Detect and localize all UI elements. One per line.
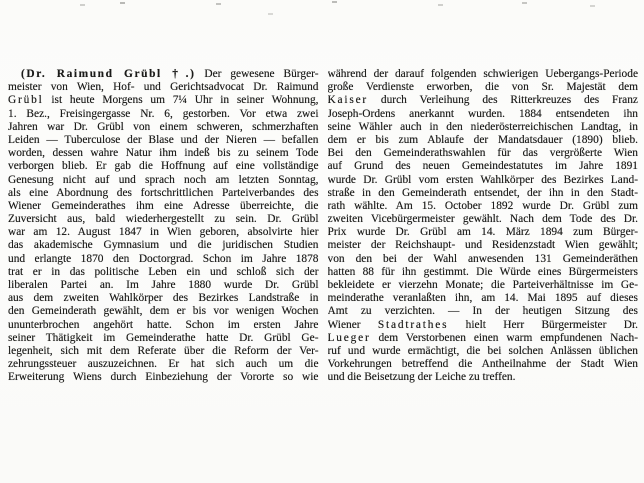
text-line: Amt zu verzichten. — In der heutigen Sit… bbox=[328, 305, 639, 318]
text-line: Prix wurde Dr. Grübl am 14. März 1894 zu… bbox=[328, 226, 639, 239]
text-line: Vorkehrungen betreffend die Antheilnahme… bbox=[328, 358, 639, 371]
text-line: seiner Thätigkeit im Gemeinderathe hatte… bbox=[8, 332, 319, 345]
text-line: wurde Dr. Grübl vom ersten Wahlkörper de… bbox=[328, 174, 639, 187]
text-line: und erlangte 1870 den Doctorgrad. Schon … bbox=[8, 253, 319, 266]
text-line: Wiener Stadtrathes hielt Herr Bürgermeis… bbox=[328, 319, 639, 332]
right-column: während der darauf folgenden schwierigen… bbox=[328, 68, 639, 385]
text-line: meister von Wien, Hof- und Gerichtsadvoc… bbox=[8, 81, 319, 94]
text-line: zehrungssteuer auszuzeichnen. Er hat sic… bbox=[8, 358, 319, 371]
text-line: dem er bis zum Ablaufe der Mandatsdauer … bbox=[328, 134, 639, 147]
text-line: liberalen Partei an. Im Jahre 1880 wurde… bbox=[8, 279, 319, 292]
text-line: und die Beisetzung der Leiche zu treffen… bbox=[328, 371, 639, 384]
text-line: Jahren war Dr. Grübl von einem schweren,… bbox=[8, 121, 319, 134]
text-line: zweiten Vicebürgermeister gewählt. Nach … bbox=[328, 213, 639, 226]
text-line: ununterbrochen angehört hatte. Schon im … bbox=[8, 319, 319, 332]
text-line: hatten 88 für ihn gestimmt. Die Würde ei… bbox=[328, 266, 639, 279]
obituary-article: (Dr. Raimund Grübl †.) Der gewesene Bürg… bbox=[8, 68, 638, 385]
text-line: meister der Reichshaupt- und Residenzsta… bbox=[328, 239, 639, 252]
text-line: Zuversicht aus, bald wiederhergestellt z… bbox=[8, 213, 319, 226]
text-line: Kaiser durch Verleihung des Ritterkreuze… bbox=[328, 94, 639, 107]
text-line: Erweiterung Wiens durch Einbeziehung der… bbox=[8, 371, 319, 384]
text-line: straße in den Gemeinderath entsendet, de… bbox=[328, 187, 639, 200]
text-line: als eine Abordnung des fortschrittlichen… bbox=[8, 187, 319, 200]
text-line: aus dem zweiten Wahlkörper des Bezirkes … bbox=[8, 292, 319, 305]
text-line: das akademische Gymnasium und die juridi… bbox=[8, 239, 319, 252]
text-line: große Verdienste erworben, die von Sr. M… bbox=[328, 81, 639, 94]
text-line: von den bei der Wahl anwesenden 131 Geme… bbox=[328, 253, 639, 266]
text-line: Leiden — Tuberculose der Blase und der N… bbox=[8, 134, 319, 147]
left-column: (Dr. Raimund Grübl †.) Der gewesene Bürg… bbox=[8, 68, 319, 385]
text-line: Grübl ist heute Morgens um 7¼ Uhr in sei… bbox=[8, 94, 319, 107]
newspaper-scan-page: (Dr. Raimund Grübl †.) Der gewesene Bürg… bbox=[0, 0, 644, 483]
text-line: seine Wähler auch in den niederösterreic… bbox=[328, 121, 639, 134]
text-line: auf Grund des neuen Gemeindestatutes im … bbox=[328, 160, 639, 173]
text-line: bekleidete er vierzehn Monate; die Parte… bbox=[328, 279, 639, 292]
text-line: Genesung nicht auf und sprach noch am le… bbox=[8, 174, 319, 187]
text-line: worden, dessen wahre Natur ihm indeß bis… bbox=[8, 147, 319, 160]
text-line: Joseph-Ordens anerkannt wurden. 1884 ent… bbox=[328, 108, 639, 121]
text-line: rath wählte. Am 15. October 1892 wurde D… bbox=[328, 200, 639, 213]
text-line: Lueger dem Verstorbenen einen warm empfu… bbox=[328, 332, 639, 345]
text-line: 1. Bez., Freisingergasse Nr. 6, gestorbe… bbox=[8, 108, 319, 121]
text-line: Wiener Gemeinderathes ihm eine Adresse ü… bbox=[8, 200, 319, 213]
scan-artifact-marks bbox=[120, 2, 125, 4]
text-line: verborgen blieb. Er gab die Hoffnung auf… bbox=[8, 160, 319, 173]
text-line: ruf und wurde ermächtigt, die bei solche… bbox=[328, 345, 639, 358]
text-line: legenheit, sich mit dem Referate über di… bbox=[8, 345, 319, 358]
text-line: Bei den Gemeinderathswahlen für das verg… bbox=[328, 147, 639, 160]
text-line: meinderathe veranlaßten ihn, am 14. Mai … bbox=[328, 292, 639, 305]
text-line: trat er in das politische Leben ein und … bbox=[8, 266, 319, 279]
text-line: war am 12. August 1847 in Wien geboren, … bbox=[8, 226, 319, 239]
text-line: (Dr. Raimund Grübl †.) Der gewesene Bürg… bbox=[8, 68, 319, 81]
text-line: während der darauf folgenden schwierigen… bbox=[328, 68, 639, 81]
text-line: den Gemeinderath gewählt, dem er bis vor… bbox=[8, 305, 319, 318]
